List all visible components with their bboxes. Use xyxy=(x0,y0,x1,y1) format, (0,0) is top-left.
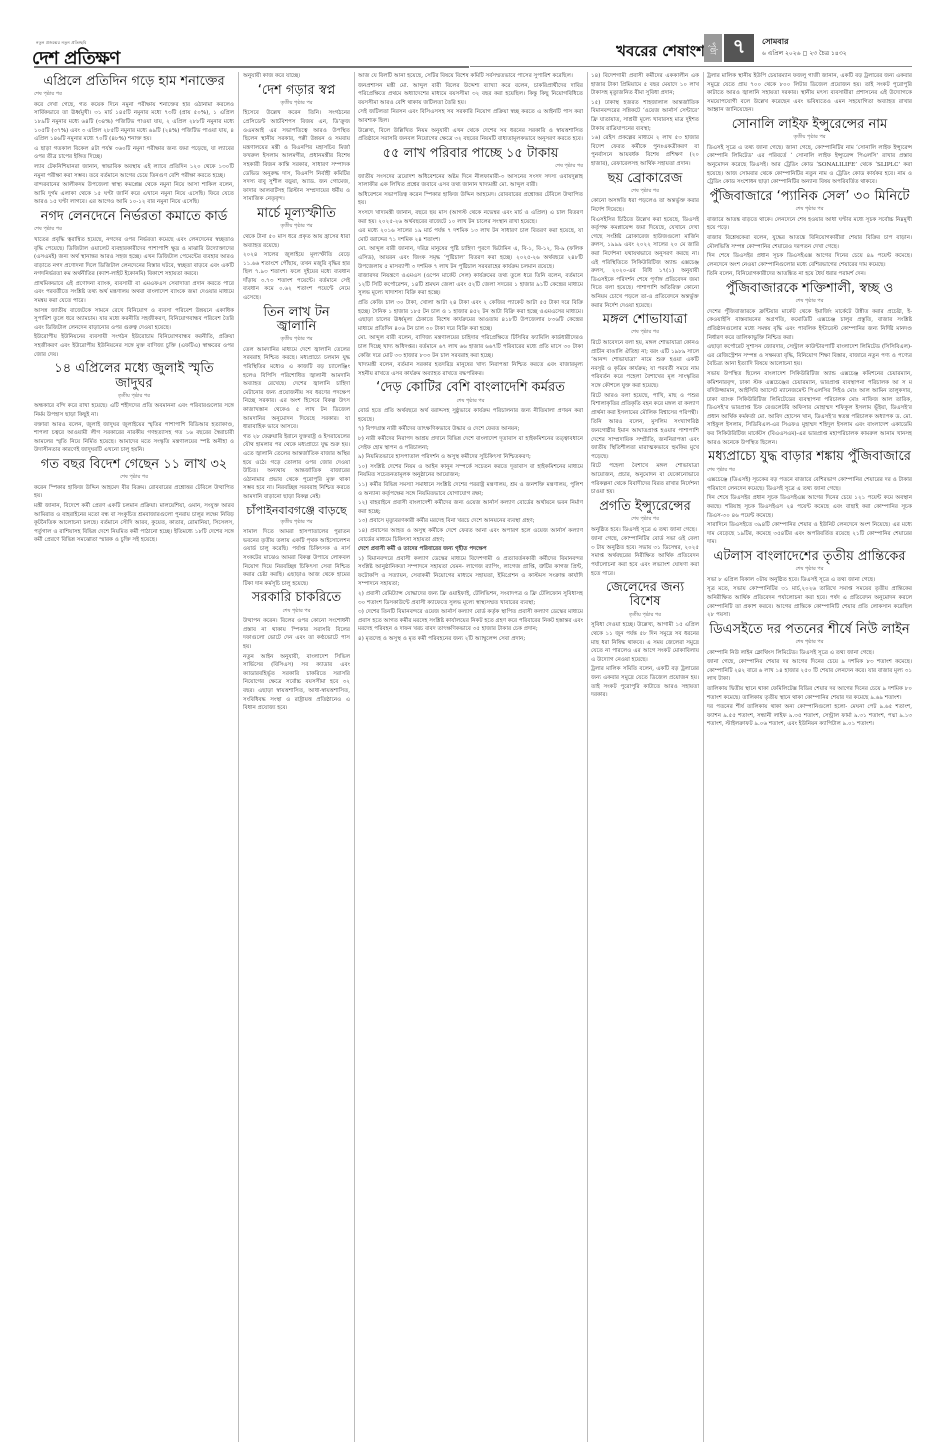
article-rice-families: ৫৫ লাখ পরিবার পাচ্ছে ১৫ টাকায় শেষ পৃষ্ঠ… xyxy=(358,147,583,379)
article-paragraph: ১৬) রেইস প্রকল্পের মাধ্যমে ২ লাখ ৫৩ হাজা… xyxy=(591,134,699,168)
article-paragraph: ১২) বাহরাইনে প্রবাসী বাংলাদেশী কর্মীদের … xyxy=(358,499,583,516)
article-paragraph: ৯) নিয়মিতভাবে হাসপাতাল পরিদর্শন ও অসুস্… xyxy=(358,453,583,462)
article-paragraph: মন্ত্রী জানান, বিদেশে কর্মী প্রেরণ একটি … xyxy=(34,502,234,545)
article-headline[interactable]: ‘দেশ গড়ার স্বপ্ন xyxy=(243,84,350,98)
section-title: খবরের শেষাংশ xyxy=(616,42,705,60)
article-paragraph: এর মধ্যে ২০১৬ সালের ১৯ মার্চ পর্যন্ত ৭ দ… xyxy=(358,227,583,244)
article-chapainawabganj: চাঁপাইনবাবগঞ্জে বাড়ছে তৃতীয় পৃষ্ঠার পর… xyxy=(243,505,350,589)
article-paragraph: জানা গেছে, কোম্পানিটির বোর্ড সভা ওই বেলা… xyxy=(591,535,699,578)
header-rule-right xyxy=(470,66,912,67)
newspaper-logo[interactable]: দেশ প্রতিক্ষণ xyxy=(32,44,120,75)
continued-label: শেষ পৃষ্ঠার পর xyxy=(243,607,350,616)
article-hum-detection: এপ্রিলে প্রতিদিন গড়ে হাম শনাক্তের শেষ প… xyxy=(34,75,234,207)
article-paragraph: সুবিধা দেওয়া হচ্ছে। উল্লেখ্য, আগামী ১৫ … xyxy=(591,621,699,664)
article-paragraph: ১৫) ঢাকাস্থ হজরত শাহজালাল আন্তর্জাতিক বি… xyxy=(591,99,699,133)
page-number: ৭ xyxy=(724,34,754,62)
article-paragraph: নতুন আইন অনুযায়ী, বাংলাদেশ সিভিল সার্ভি… xyxy=(243,653,350,713)
article-paragraph: সারাদিনে ডিএসইতে ৩৯৪টি কোম্পানির শেয়ার … xyxy=(707,521,912,547)
article-paragraph: জানা গেছে, কোম্পানির শেয়ার দর আগের দিনে… xyxy=(707,658,912,684)
continued-label: শেষ পৃষ্ঠার পর xyxy=(591,515,699,524)
article-paragraph: খাদ্যমন্ত্রী বলেন, বর্তমান সরকার হতদরিদ্… xyxy=(358,361,583,378)
continued-label: শেষ পৃষ্ঠার পর xyxy=(591,187,699,196)
continued-label: শেষ পৃষ্ঠার পর xyxy=(591,328,699,337)
article-paragraph: মো. আব্দুল বারী বলেন, বাণিজ্য মন্ত্রণালয… xyxy=(358,334,583,360)
article-paragraph: রিটে পহেলা বৈশাখে মঙ্গল শোভাযাত্রা আয়োজ… xyxy=(591,462,699,496)
article-paragraph: সেই জটিলতা নিরসন এবং বিসিএসসহ সব সরকারি … xyxy=(358,108,583,125)
article-paragraph: করে দেখা গেছে, গত কয়েক দিনে নমুনা পরীক্… xyxy=(34,101,234,144)
article-paragraph: দেশের পুঁজিবাজারকে ফ্রন্টিয়ার মার্কেট থ… xyxy=(707,308,912,342)
article-paragraph: মো. আব্দুল বারী জানান, দরিদ্র মানুষের পু… xyxy=(358,245,583,271)
article-paragraph: সামাল দিতে আমরা হাসপাতালের পুরাতন ভবনের … xyxy=(243,528,350,588)
continued-label: শেষ পৃষ্ঠার পর xyxy=(707,297,912,306)
article-middle-east-war: মধ্যপ্রাচ্যে যুদ্ধ বাড়ার শঙ্কায় পুঁজিব… xyxy=(707,450,912,547)
article-paragraph: ১৪) প্রবাসের আহত ও অসুস্থ কর্মীকে দেশে ফ… xyxy=(358,527,583,544)
article-paragraph: বোর্ড হতে প্রতি অর্থবছরে অর্থ বরাদ্দসহ স… xyxy=(358,407,583,424)
article-paragraph: ১৩) প্রবাসে মৃত্যুবরণকারী কর্মীর মরদেহ ব… xyxy=(358,517,583,526)
article-paragraph: জাতীয় সংসদের ত্রয়োদশ অধিবেশনের অষ্টম দ… xyxy=(358,173,583,190)
article-paragraph: হিসেবে উল্লেখ করেন তিনি। সংগঠনের প্রেসিড… xyxy=(243,109,350,204)
article-paragraph: অন্ধকারে বন্দি করে রাখা হয়েছে। এটি শহীদ… xyxy=(34,402,234,419)
article-paragraph: ১৪) বিদেশগামী প্রবাসী কর্মীদের এককালীন এ… xyxy=(591,72,699,98)
article-paragraph: ৭) বিপদগ্রস্ত নারী কর্মীদের তাৎক্ষণিকভাব… xyxy=(358,425,583,434)
article-headline[interactable]: চাঁপাইনবাবগঞ্জে বাড়ছে xyxy=(243,505,350,517)
column-2: অনুযায়ী কাজ করে যাচ্ছে। ‘দেশ গড়ার স্বপ… xyxy=(243,72,350,714)
article-paragraph: আসন্ন জাতীয় বাজেটকে সামনে রেখে বিনিয়োগ… xyxy=(34,307,234,333)
article-govt-jobs-cont: আজ যে বিলটি আনা হয়েছে, সেটির বিষয়ে বিশ… xyxy=(358,72,583,144)
article-paragraph: খাতের প্রবৃদ্ধি ত্বরান্বিত হয়েছে, নগদের… xyxy=(34,236,234,279)
article-fishermen: জেলেদের জন্য বিশেষ তৃতীয় পৃষ্ঠার পর সুব… xyxy=(591,581,699,700)
continued-label: শেষ পৃষ্ঠার পর xyxy=(34,90,234,99)
article-fishermen-cont: ট্রলার মালিক স্থানীয় ইউপি চেয়ারম্যান ফ… xyxy=(707,72,912,115)
article-headline[interactable]: ‘দেড় কোটির বেশি বাংলাদেশি কর্মরত xyxy=(358,381,583,395)
article-paragraph: বিএসইসির চিঠিতে উল্লেখ করা হয়েছে, ডিএসই… xyxy=(591,216,699,311)
article-paragraph: সূত্র মতে, সভায় কোম্পানিটির ৩১ মার্চ,২০… xyxy=(707,585,912,619)
column-divider xyxy=(703,72,704,1442)
column-divider xyxy=(354,72,355,1442)
article-paragraph: বাজারদর নিয়ন্ত্রণে ওএমএস (ওপেন মার্কেট … xyxy=(358,272,583,298)
article-paragraph: ৮) নারী কর্মীদের নিরাপদ আশ্রয় প্রদানে ব… xyxy=(358,435,583,452)
article-paragraph: দিন শেষে ডিএসইর প্রধান সূচক ডিএসইএক্স আগ… xyxy=(707,494,912,520)
article-abroad-workers: গত বছর বিদেশ গেছেন ১১ লাখ ৩২ শেষ পৃষ্ঠার… xyxy=(34,458,234,545)
article-headline[interactable]: তিন লাখ টন জ্বালানি xyxy=(243,306,350,335)
column-4: ১৪) বিদেশগামী প্রবাসী কর্মীদের এককালীন এ… xyxy=(591,72,699,701)
continued-label: তৃতীয় পৃষ্ঠার পর xyxy=(591,611,699,620)
article-paragraph: সভা ৮ এপ্রিল বিকাল ৩টায় অনুষ্ঠিত হবে। ড… xyxy=(707,576,912,585)
article-headline[interactable]: পুঁজিবাজারে ‘প্যানিক সেল’ ৩০ মিনিটে xyxy=(707,190,912,204)
article-headline[interactable]: ৫৫ লাখ পরিবার পাচ্ছে ১৫ টাকায় xyxy=(358,147,583,161)
article-paragraph: এ ছাড়া গতকাল বিকেল ৪টা পর্যন্ত ৩৬০টি নম… xyxy=(34,145,234,162)
column-3: আজ যে বিলটি আনা হয়েছে, সেটির বিষয়ে বিশ… xyxy=(358,72,583,645)
column-divider xyxy=(587,72,588,1442)
article-headline[interactable]: ১৪ এপ্রিলের মধ্যে জুলাই স্মৃতি জাদুঘর xyxy=(34,362,234,391)
article-subheading: দেশে প্রবাসী কর্মী ও তাদের পরিবারের জন্য… xyxy=(358,545,583,554)
article-paragraph: এছাড়া কর্পোরেট সুশাসন জোরদার, সেন্ট্রাল… xyxy=(707,343,912,369)
continued-label: শেষ পৃষ্ঠার পর xyxy=(707,466,912,475)
article-paragraph: ট্রলার মালিক স্থানীয় ইউপি চেয়ারম্যান ফ… xyxy=(707,72,912,115)
continued-label: তৃতীয় পৃষ্ঠার পর xyxy=(243,222,350,231)
page-label: পৃষ্ঠা xyxy=(704,34,722,62)
article-govt-jobs: সরকারি চাকরিতে শেষ পৃষ্ঠার পর উত্থাপন কর… xyxy=(243,591,350,712)
continued-label: তৃতীয় পৃষ্ঠার পর xyxy=(707,133,912,142)
article-paragraph: ইউরোপীয় ইউনিয়নের ব্যবসায়ী সংগঠন ইউরোচ… xyxy=(34,333,234,359)
article-paragraph: ৩) দেশের তিনটি বিমানবন্দরে ওয়েজ আর্নার্… xyxy=(358,608,583,634)
article-headline[interactable]: এটলাস বাংলাদেশের তৃতীয় প্রান্তিকের xyxy=(707,550,912,564)
article-workers-list-cont: ১৪) বিদেশগামী প্রবাসী কর্মীদের এককালীন এ… xyxy=(591,72,699,169)
continued-label: শেষ পৃষ্ঠার পর xyxy=(707,565,912,574)
continued-label: শেষ পৃষ্ঠার পর xyxy=(707,205,912,214)
article-paragraph: তেল আমদানির মাধ্যমে দেশে জ্বালানি তেলের … xyxy=(243,346,350,432)
continued-label: শেষ পৃষ্ঠার পর xyxy=(34,225,234,234)
article-paragraph: অনুযায়ী কাজ করে যাচ্ছে। xyxy=(243,72,350,81)
article-headline[interactable]: প্রগতি ইন্স্যুরেন্সের xyxy=(591,500,699,514)
continued-label: তৃতীয় পৃষ্ঠার পর xyxy=(243,99,350,108)
article-pragati-insurance: প্রগতি ইন্স্যুরেন্সের শেষ পৃষ্ঠার পর অনু… xyxy=(591,500,699,578)
article-paragraph: ডিএসই সূত্রে এ তথ্য জানা গেছে। জানা গেছে… xyxy=(707,144,912,187)
article-paragraph: অনুষ্ঠিত হবে। ডিএসই সূত্রে এ তথ্য জানা গ… xyxy=(591,526,699,535)
article-headline[interactable]: গত বছর বিদেশ গেছেন ১১ লাখ ৩২ xyxy=(34,458,234,472)
article-paragraph: কোনো অসঙ্গতি ধরা পড়লেও তা অন্তর্ভুক্ত ক… xyxy=(591,197,699,214)
continued-label: শেষ পৃষ্ঠার পর xyxy=(707,638,912,647)
article-paragraph: জনপ্রশাসন মন্ত্রী মো. আব্দুল বারী বিলের … xyxy=(358,82,583,108)
article-paragraph: কোম্পানি নিউ লাইন ক্লোথিংস লিমিটেড। ডিএস… xyxy=(707,649,912,658)
header-rule-left xyxy=(34,66,469,68)
article-nation-dream: ‘দেশ গড়ার স্বপ্ন তৃতীয় পৃষ্ঠার পর হিসে… xyxy=(243,84,350,204)
article-new-line-decline: ডিএসইতে দর পতনের শীর্ষে নিউ লাইন শেষ পৃষ… xyxy=(707,623,912,729)
article-six-brokerage: ছয় ব্রোকারেজ শেষ পৃষ্ঠার পর কোনো অসঙ্গত… xyxy=(591,172,699,311)
article-atlas-bangladesh: এটলাস বাংলাদেশের তৃতীয় প্রান্তিকের শেষ … xyxy=(707,550,912,620)
article-paragraph: ১) বিমানবন্দরে প্রবাসী কল্যাণ ডেস্কের মা… xyxy=(358,555,583,589)
article-headline[interactable]: ছয় ব্রোকারেজ xyxy=(591,172,699,186)
article-paragraph: রিটে আবেদনে বলা হয়, মঙ্গল শোভাযাত্রা কো… xyxy=(591,339,699,391)
article-headline[interactable]: পুঁজিবাজারকে শক্তিশালী, স্বচ্ছ ও xyxy=(707,282,912,296)
article-capital-market-strong: পুঁজিবাজারকে শক্তিশালী, স্বচ্ছ ও শেষ পৃষ… xyxy=(707,282,912,447)
article-mangal-shobhajatra: মঙ্গল শোভাযাত্রা শেষ পৃষ্ঠার পর রিটে আবে… xyxy=(591,313,699,497)
article-march-inflation: মার্চে মূল্যস্ফীতি তৃতীয় পৃষ্ঠার পর থেক… xyxy=(243,207,350,303)
article-headline[interactable]: সোনালি লাইফ ইন্সুরেন্সের নাম xyxy=(707,118,912,132)
article-paragraph: বক্তারা আরও বলেন, জুলাই জাদুঘর জুলাইয়ের… xyxy=(34,421,234,455)
article-paragraph: বাজার বিশ্লেষকেরা বলেন, যুদ্ধের আতঙ্কে ব… xyxy=(707,234,912,251)
article-sonali-life: সোনালি লাইফ ইন্সুরেন্সের নাম তৃতীয় পৃষ্… xyxy=(707,118,912,187)
article-headline[interactable]: এপ্রিলে প্রতিদিন গড়ে হাম শনাক্তের xyxy=(34,75,234,89)
continued-label: তৃতীয় পৃষ্ঠার পর xyxy=(34,392,234,401)
article-paragraph: ২) প্রবাসী রেমিট্যান্স যোদ্ধাদের জন্য ফ্… xyxy=(358,590,583,607)
article-paragraph: তিনি বলেন, বিনিয়োগকারীদের আতঙ্কিত না হয… xyxy=(707,270,912,279)
article-paragraph: প্রাথমিকভাবে এই প্রণোদনা ব্যাংক, ব্যবসায… xyxy=(34,280,234,306)
continued-label: তৃতীয় পৃষ্ঠার পর xyxy=(243,335,350,344)
article-paragraph: ২০২৪ সালের জুলাইয়ে মূল্যস্ফীতি বেড়ে ১১… xyxy=(243,251,350,303)
issue-date: ৬ এপ্রিল ২০২৬ ◻ ২৩ চৈত্র ১৪৩২ xyxy=(762,48,847,59)
article-headline[interactable]: জেলেদের জন্য বিশেষ xyxy=(591,581,699,610)
article-paragraph: ৪) মৃতদেহ ও অসুস্থ ও মৃত কর্মী পরিবহনের … xyxy=(358,635,583,644)
continued-label: শেষ পৃষ্ঠার পর xyxy=(358,162,583,171)
article-bangladeshi-workers: ‘দেড় কোটির বেশি বাংলাদেশি কর্মরত শেষ পৃ… xyxy=(358,381,583,643)
article-paragraph: সভায় উপস্থিত ছিলেন বাংলাদেশ সিকিউরিটিজ … xyxy=(707,370,912,447)
continued-label: তৃতীয় পৃষ্ঠার পর xyxy=(243,518,350,527)
article-fuel: তিন লাখ টন জ্বালানি তৃতীয় পৃষ্ঠার পর তে… xyxy=(243,306,350,502)
article-paragraph: দিন শেষে ডিএসইর প্রধান সূচক ডিএসইএক্স আগ… xyxy=(707,252,912,269)
article-paragraph: অধিবেশনে সভাপতিত্ব করেন স্পিকার হাফিজ উদ… xyxy=(358,191,583,208)
column-5: ট্রলার মালিক স্থানীয় ইউপি চেয়ারম্যান ফ… xyxy=(707,72,912,730)
article-paragraph: এক্সচেঞ্জে (ডিএসই) সূচকের বড় পতনে বাজার… xyxy=(707,476,912,493)
article-paragraph: ১১) কর্মীর বিভিন্ন সমস্যা সমাধানে সংশ্লি… xyxy=(358,481,583,498)
continued-label: শেষ পৃষ্ঠার পর xyxy=(34,473,234,482)
masthead: নতুন প্রজন্মের নতুন প্রতিচ্ছবি দেশ প্রতি… xyxy=(0,0,945,72)
article-paragraph: বাজারে আতঙ্ক বাড়তে থাকে। লেনদেনে শেষ হও… xyxy=(707,216,912,233)
article-headline[interactable]: মধ্যপ্রাচ্যে যুদ্ধ বাড়ার শঙ্কায় পুঁজিব… xyxy=(707,450,912,464)
article-headline[interactable]: ডিএসইতে দর পতনের শীর্ষে নিউ লাইন xyxy=(707,623,912,637)
column-1: এপ্রিলে প্রতিদিন গড়ে হাম শনাক্তের শেষ প… xyxy=(34,72,234,546)
article-paragraph: তিনি আরও বলেন, মুসলিম সংখ্যাগরিষ্ঠ জনগোষ… xyxy=(591,418,699,461)
article-july-museum: ১৪ এপ্রিলের মধ্যে জুলাই স্মৃতি জাদুঘর তৃ… xyxy=(34,362,234,455)
column-divider xyxy=(238,72,239,1442)
article-paragraph: রিটে আরও বলা হয়েছে, পাখি, মাছ ও পশুর বি… xyxy=(591,392,699,418)
article-paragraph: বান্দরবানের আলীকদম উপজেলা স্বাস্থ্য কমপ্… xyxy=(34,181,234,207)
continued-label: শেষ পৃষ্ঠার পর xyxy=(358,397,583,406)
article-cash-card: নগদ লেনদেনে নির্ভরতা কমাতে কার্ড শেষ পৃষ… xyxy=(34,210,234,359)
article-headline[interactable]: মঙ্গল শোভাযাত্রা xyxy=(591,313,699,327)
article-panic-sell: পুঁজিবাজারে ‘প্যানিক সেল’ ৩০ মিনিটে শেষ … xyxy=(707,190,912,279)
article-headline[interactable]: মার্চে মূল্যস্ফীতি xyxy=(243,207,350,221)
article-paragraph: উত্থাপন করেন। বিলের ওপর কোনো সংশোধনী প্র… xyxy=(243,617,350,651)
article-paragraph: করেন স্পিকার হাফিজ উদ্দিন আহমেদ বীর বিক্… xyxy=(34,484,234,501)
article-paragraph: উল্লেখ্য, বিলে উল্লিখিত নিয়ম অনুযায়ী এ… xyxy=(358,127,583,144)
article-paragraph: ল্যাব টেকনিশিয়ানরা জানান, স্বাভাবিক অবস… xyxy=(34,163,234,180)
article-paragraph: গত ২৮ ফেব্রুয়ারি ইরানে যুক্তরাষ্ট্র ও ই… xyxy=(243,433,350,502)
article-paragraph: প্রতি কেজি চাল ৩০ টাকা, খোলা আটা ২৪ টাকা… xyxy=(358,299,583,333)
article-paragraph: সংসদে খাদ্যমন্ত্রী জানান, বছরে ছয় মাস (… xyxy=(358,209,583,226)
article-headline[interactable]: সরকারি চাকরিতে xyxy=(243,591,350,605)
article-headline[interactable]: নগদ লেনদেনে নির্ভরতা কমাতে কার্ড xyxy=(34,210,234,224)
article-paragraph: ১০) সংশ্লিষ্ট দেশের নিয়ম ও আইন কানুন সম… xyxy=(358,463,583,480)
article-paragraph: দর পতনের শীর্ষ তালিকায় থাকা অন্য কোম্পা… xyxy=(707,703,912,729)
article-paragraph: আজ যে বিলটি আনা হয়েছে, সেটির বিষয়ে বিশ… xyxy=(358,72,583,81)
article-paragraph: থেকে টানা ৫০ মাস ধরে প্রকৃত আয় হ্রাসের … xyxy=(243,233,350,250)
article-paragraph: ট্রলার মালিক সমিতি বলেন, একটি বড় ট্রলার… xyxy=(591,665,699,699)
article-paragraph: তালিকায় দ্বিতীয় স্থানে থাকা ফেমিলিটেক্… xyxy=(707,685,912,702)
